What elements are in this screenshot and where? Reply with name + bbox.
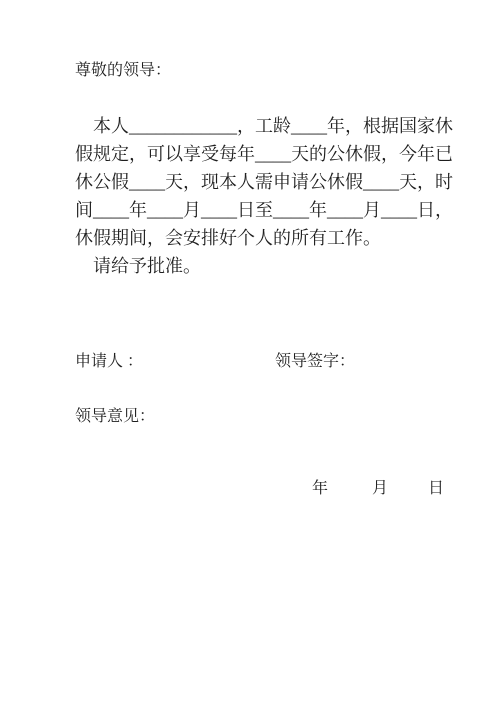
greeting-line: 尊敬的领导：: [75, 61, 171, 81]
leader-opinion-label: 领导意见：: [75, 407, 155, 427]
year-label: 年: [312, 480, 328, 497]
applicant-label: 申请人 ：: [75, 353, 143, 370]
date-line: 年 月 日: [75, 479, 444, 499]
month-label: 月: [372, 480, 388, 497]
body-line-3: 休公假____天，现本人需申请公休假____天，时: [75, 168, 453, 196]
day-label: 日: [428, 480, 444, 497]
signature-row: 申请人 ： 领导签字：: [75, 352, 355, 372]
body-line-1: 本人____________，工龄____年，根据国家休: [75, 112, 453, 140]
body-line-2: 假规定，可以享受每年____天的公休假，今年已: [75, 140, 453, 168]
leader-signature-label: 领导签字：: [275, 353, 355, 370]
document-page: 尊敬的领导： 本人____________，工龄____年，根据国家休 假规定，…: [0, 0, 500, 707]
body-paragraph: 本人____________，工龄____年，根据国家休 假规定，可以享受每年_…: [75, 112, 453, 280]
body-line-6: 请给予批准。: [75, 252, 453, 280]
body-line-5: 休假期间，会安排好个人的所有工作。: [75, 224, 453, 252]
body-line-4: 间____年____月____日至____年____月____日，: [75, 196, 453, 224]
